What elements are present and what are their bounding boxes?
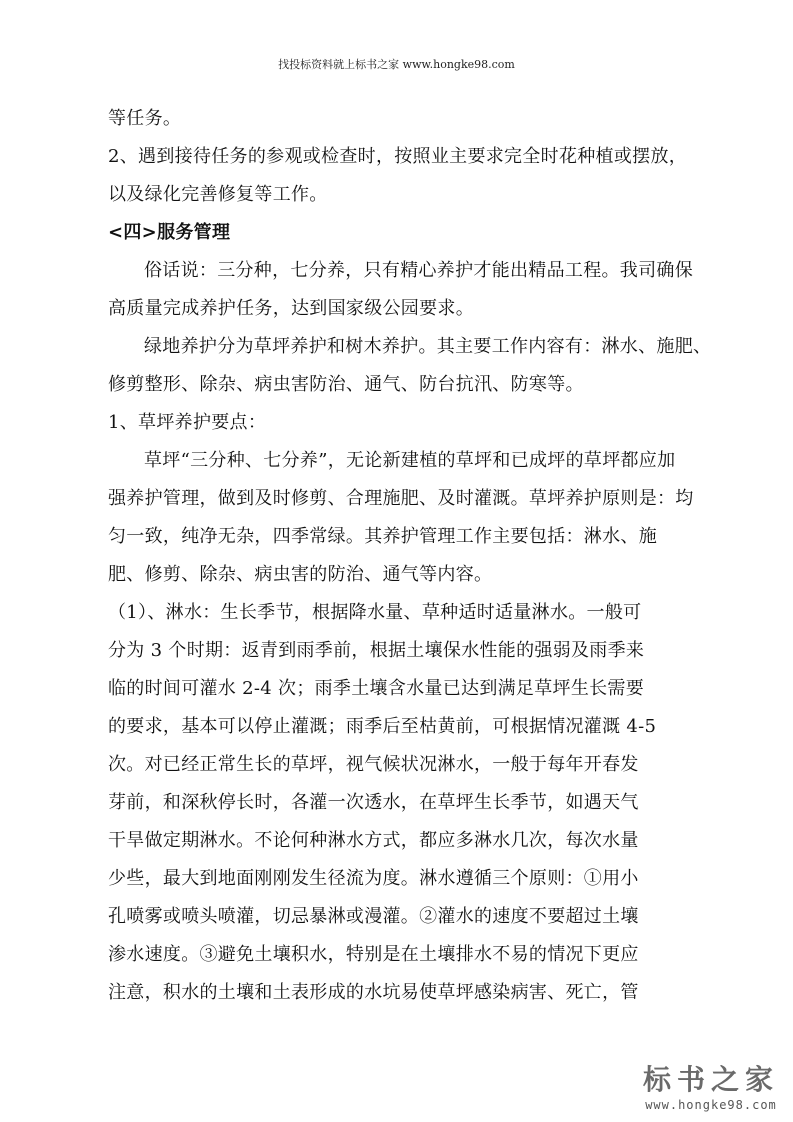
text-line: 渗水速度。③避免土壤积水，特别是在土壤排水不易的情况下更应: [108, 936, 688, 974]
text-line: 干旱做定期淋水。不论何种淋水方式，都应多淋水几次，每次水量: [108, 822, 688, 860]
logo-title: 标书之家: [643, 1058, 779, 1098]
text-line: 芽前，和深秋停长时，各灌一次透水，在草坪生长季节，如遇天气: [108, 784, 688, 822]
text-line: 匀一致，纯净无杂，四季常绿。其养护管理工作主要包括：淋水、施: [108, 518, 688, 556]
logo-url: www.hongke98.com: [643, 1098, 779, 1112]
text-line: 高质量完成养护任务，达到国家级公园要求。: [108, 290, 688, 328]
text-line: 2、遇到接待任务的参观或检查时，按照业主要求完全时花种植或摆放，: [108, 138, 688, 176]
text-line: 的要求，基本可以停止灌溉；雨季后至枯黄前，可根据情况灌溉 4-5: [108, 708, 688, 746]
document-body: 等任务。 2、遇到接待任务的参观或检查时，按照业主要求完全时花种植或摆放， 以及…: [108, 100, 688, 1012]
text-line: 俗话说：三分种，七分养，只有精心养护才能出精品工程。我司确保: [108, 252, 688, 290]
text-line: 等任务。: [108, 100, 688, 138]
text-line: （1）、淋水：生长季节，根据降水量、草种适时适量淋水。一般可: [108, 594, 688, 632]
section-heading: <四>服务管理: [108, 214, 688, 252]
text-line: 绿地养护分为草坪养护和树木养护。其主要工作内容有：淋水、施肥、: [108, 328, 688, 366]
page-header: 找投标资料就上标书之家 www.hongke98.com: [0, 56, 793, 72]
text-line: 草坪“三分种、七分养”，无论新建植的草坪和已成坪的草坪都应加: [108, 442, 688, 480]
watermark-logo: 标书之家 www.hongke98.com: [643, 1058, 779, 1112]
text-line: 注意，积水的土壤和土表形成的水坑易使草坪感染病害、死亡，管: [108, 974, 688, 1012]
text-line: 临的时间可灌水 2-4 次；雨季土壤含水量已达到满足草坪生长需要: [108, 670, 688, 708]
text-line: 修剪整形、除杂、病虫害防治、通气、防台抗汛、防寒等。: [108, 366, 688, 404]
text-line: 分为 3 个时期：返青到雨季前，根据土壤保水性能的强弱及雨季来: [108, 632, 688, 670]
text-line: 以及绿化完善修复等工作。: [108, 176, 688, 214]
text-line: 次。对已经正常生长的草坪，视气候状况淋水，一般于每年开春发: [108, 746, 688, 784]
text-line: 强养护管理，做到及时修剪、合理施肥、及时灌溉。草坪养护原则是：均: [108, 480, 688, 518]
subsection-heading: 1、草坪养护要点：: [108, 404, 688, 442]
text-line: 少些，最大到地面刚刚发生径流为度。淋水遵循三个原则：①用小: [108, 860, 688, 898]
text-line: 肥、修剪、除杂、病虫害的防治、通气等内容。: [108, 556, 688, 594]
text-line: 孔喷雾或喷头喷灌，切忌暴淋或漫灌。②灌水的速度不要超过土壤: [108, 898, 688, 936]
